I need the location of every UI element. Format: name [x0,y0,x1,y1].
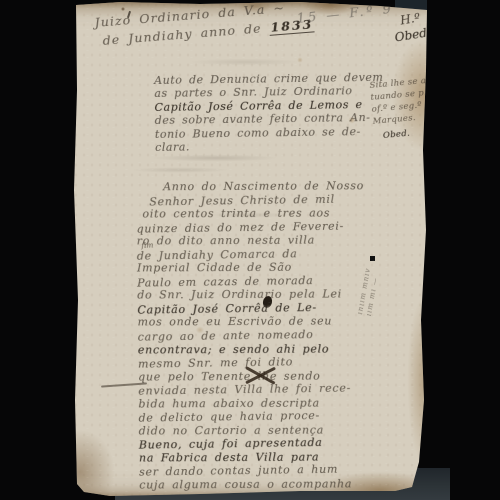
opening-paragraph: Auto de Denuncia crime que devem as part… [154,71,384,155]
text-line: clara. [155,138,384,155]
margin-citation-note: Sita lhe se au- tuando se p.a of.º e seg… [369,74,440,142]
paper-sheet: Juizo Ordinario da V.a ~ de Jundiahy ann… [0,0,500,500]
black-speck-mark [370,256,375,261]
margin-note-signature: Obed. [382,125,440,142]
x-strikeout-mark [245,364,277,385]
text-line: Anno do Nascimento de Nosso [163,179,364,194]
text-line: cuja alguma cousa o acompanha [139,477,367,492]
manuscript-photo: Juizo Ordinario da V.a ~ de Jundiahy ann… [0,0,500,500]
body-paragraph: Anno do Nascimento de Nosso Senhor Jesus… [136,179,367,493]
